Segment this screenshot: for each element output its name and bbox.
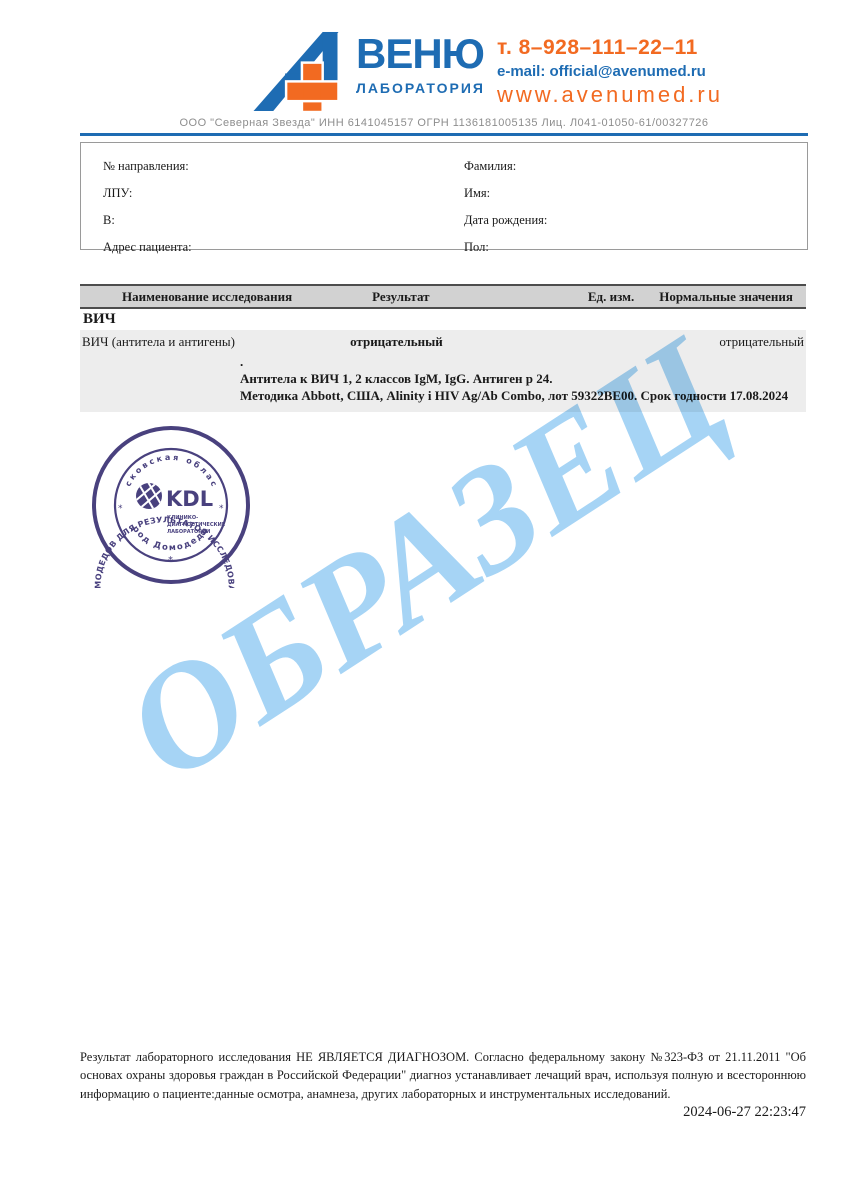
field-v: В:: [103, 207, 192, 234]
stamp-sub-line: КЛИНИКО-: [167, 515, 198, 521]
col-header-units: Ед. изм.: [537, 289, 646, 305]
report-footer: Результат лабораторного исследования НЕ …: [80, 1048, 806, 1121]
field-surname: Фамилия:: [464, 153, 547, 180]
kdl-stamp-icon: ДЛЯ РЕЗУЛЬТАТОВ ИССЛЕДОВАНИЙ * ИНН 50090…: [88, 422, 254, 588]
phone-number: т. 8–928–111–22–11: [497, 36, 767, 60]
patient-fields-right: Фамилия: Имя: Дата рождения: Пол:: [464, 153, 547, 261]
test-method-note: . Антитела к ВИЧ 1, 2 классов IgM, IgG. …: [80, 353, 806, 412]
test-group-title: ВИЧ: [80, 309, 806, 330]
email-address: e-mail: official@avenumed.ru: [497, 63, 767, 80]
results-table: Наименование исследования Результат Ед. …: [80, 284, 806, 412]
test-normal-cell: отрицательный: [646, 334, 806, 350]
stamp-star-left: *: [118, 504, 123, 514]
svg-text:ДЛЯ РЕЗУЛЬТАТОВ ИССЛЕДОВАНИЙ *: ДЛЯ РЕЗУЛЬТАТОВ ИССЛЕДОВАНИЙ * ИНН 50090…: [88, 422, 236, 588]
header-logo: ВЕНЮ ЛАБОРАТОРИЯ: [243, 30, 485, 114]
col-header-test-name: Наименование исследования: [80, 289, 334, 305]
header-contacts: т. 8–928–111–22–11 e-mail: official@aven…: [497, 36, 767, 108]
header-divider: [80, 133, 808, 136]
website-url: www.avenumed.ru: [497, 82, 767, 107]
col-header-normal-values: Нормальные значения: [646, 289, 806, 305]
stamp-kdl-label: KDL: [166, 487, 213, 511]
test-name-cell: ВИЧ (антитела и антигены): [80, 334, 334, 350]
company-registration-line: ООО "Северная Звезда" ИНН 6141045157 ОГР…: [80, 117, 808, 129]
test-result-cell: отрицательный: [334, 334, 537, 350]
stamp-star-right: *: [219, 504, 224, 514]
note-line: Антитела к ВИЧ 1, 2 классов IgM, IgG. Ан…: [240, 370, 796, 387]
results-table-header: Наименование исследования Результат Ед. …: [80, 284, 806, 309]
patient-info-box: № направления: ЛПУ: В: Адрес пациента: Ф…: [80, 142, 808, 250]
disclaimer-text: Результат лабораторного исследования НЕ …: [80, 1048, 806, 1103]
stamp-star-bottom: *: [168, 555, 173, 566]
report-timestamp: 2024-06-27 22:23:47: [80, 1104, 806, 1121]
brand-name: ВЕНЮ: [356, 34, 485, 74]
col-header-result: Результат: [334, 289, 537, 305]
field-patient-address: Адрес пациента:: [103, 234, 192, 261]
note-line: Методика Abbott, США, Alinity i HIV Ag/A…: [240, 387, 796, 404]
field-referral-number: № направления:: [103, 153, 192, 180]
avenue-a-cross-icon: [243, 30, 348, 114]
lab-report-page: ВЕНЮ ЛАБОРАТОРИЯ т. 8–928–111–22–11 e-ma…: [0, 0, 848, 1200]
field-sex: Пол:: [464, 234, 547, 261]
patient-fields-left: № направления: ЛПУ: В: Адрес пациента:: [103, 153, 192, 261]
brand-subtitle: ЛАБОРАТОРИЯ: [356, 80, 485, 96]
field-name: Имя:: [464, 180, 547, 207]
stamp-sub-line: ДИАГНОСТИЧЕСКИЕ: [167, 522, 226, 528]
field-lpu: ЛПУ:: [103, 180, 192, 207]
table-row: ВИЧ (антитела и антигены) отрицательный …: [80, 330, 806, 353]
kdl-round-stamp: ДЛЯ РЕЗУЛЬТАТОВ ИССЛЕДОВАНИЙ * ИНН 50090…: [88, 422, 254, 588]
stamp-outer-text: ДЛЯ РЕЗУЛЬТАТОВ ИССЛЕДОВАНИЙ * ИНН 50090…: [88, 422, 236, 588]
note-line: .: [240, 353, 796, 370]
stamp-sub-line: ЛАБОРАТОРИИ: [167, 529, 210, 535]
logo-text: ВЕНЮ ЛАБОРАТОРИЯ: [356, 30, 485, 96]
field-birthdate: Дата рождения:: [464, 207, 547, 234]
test-units-cell: [537, 334, 646, 350]
